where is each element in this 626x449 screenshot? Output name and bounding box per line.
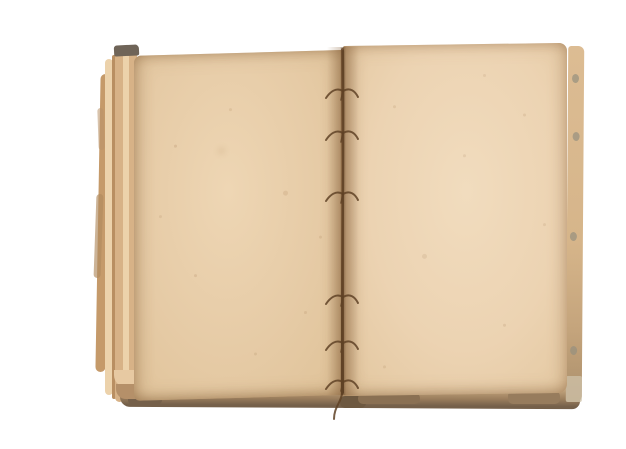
- edge-wear-spot: [572, 74, 579, 83]
- spine-stitching-thread: [310, 41, 380, 426]
- edge-wear-spot: [570, 346, 577, 355]
- edge-wear-spot: [573, 132, 580, 141]
- open-book: [40, 16, 626, 433]
- edge-wear-mark: [566, 376, 582, 402]
- paper-speckles: [134, 56, 137, 59]
- photo-canvas: [40, 16, 626, 433]
- right-page-edges: [566, 46, 584, 402]
- edge-wear-spot: [570, 232, 577, 241]
